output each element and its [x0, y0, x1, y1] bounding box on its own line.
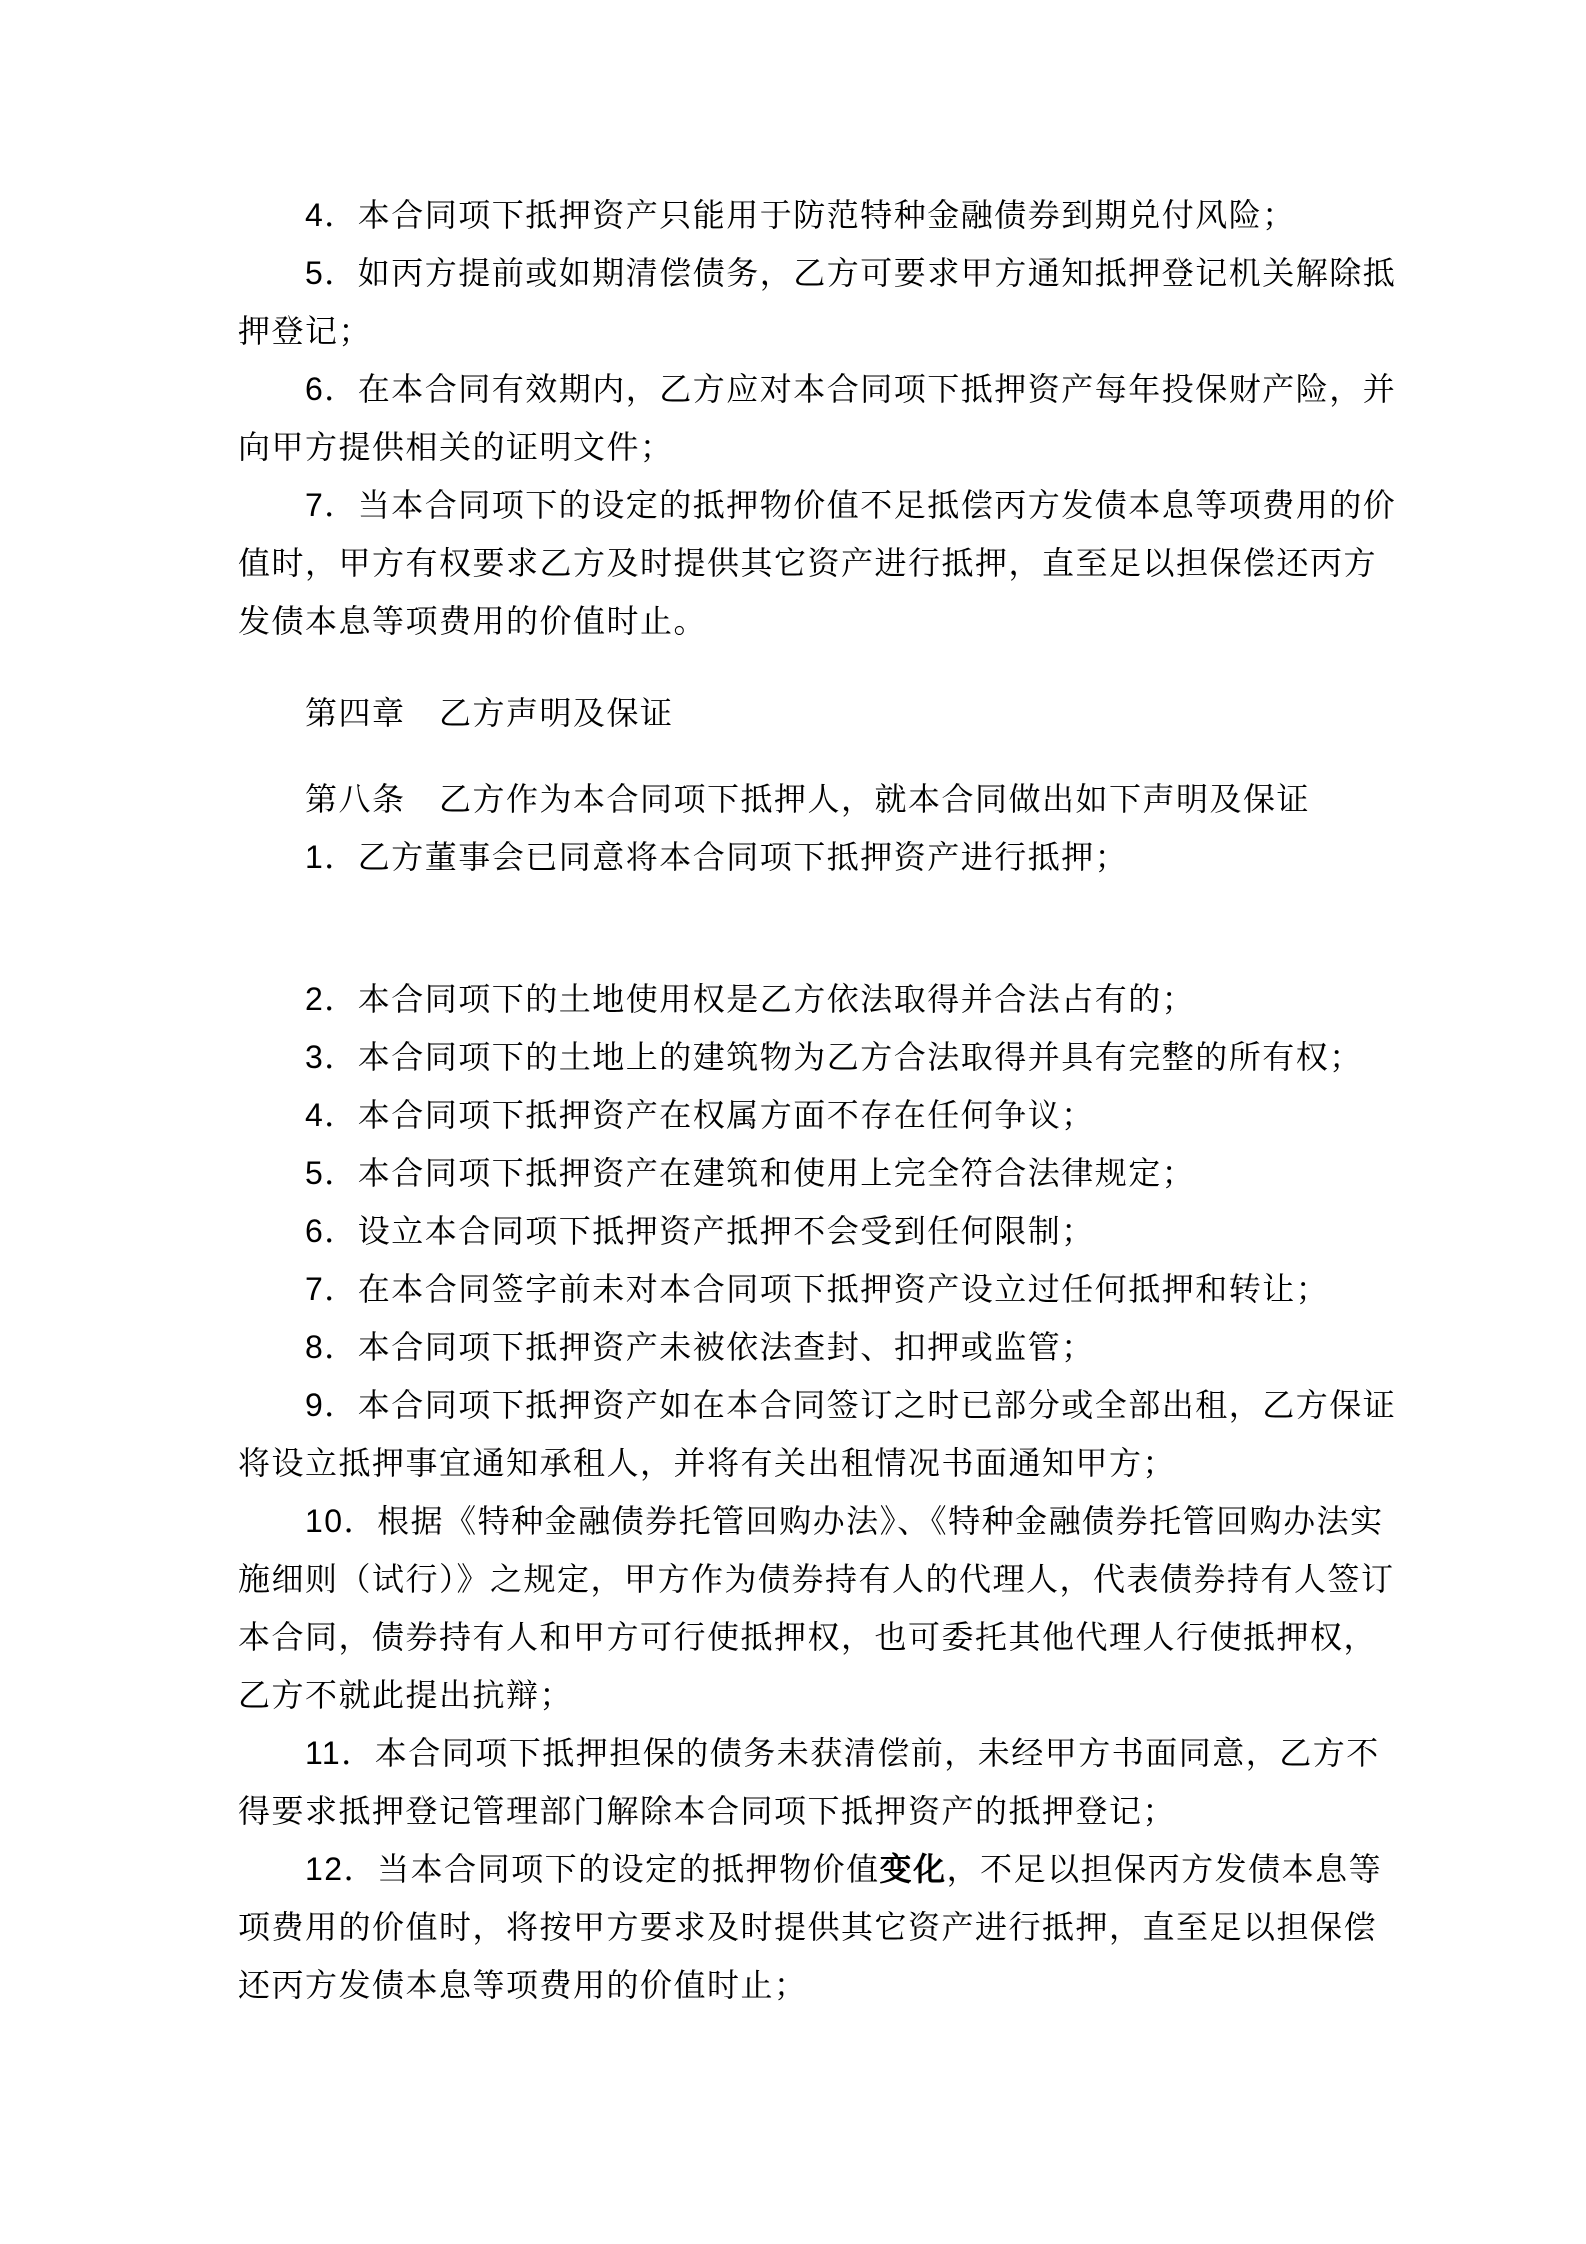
clause-paragraph: 9．本合同项下抵押资产如在本合同签订之时已部分或全部出租，乙方保证将设立抵押事宜… [238, 1376, 1408, 1492]
clause-paragraph: 6．设立本合同项下抵押资产抵押不会受到任何限制； [238, 1202, 1408, 1260]
clause-paragraph: 12．当本合同项下的设定的抵押物价值变化，不足以担保丙方发债本息等项费用的价值时… [238, 1840, 1408, 2014]
clause-paragraph: 6．在本合同有效期内，乙方应对本合同项下抵押资产每年投保财产险，并向甲方提供相关… [238, 360, 1408, 476]
article-heading: 第八条 乙方作为本合同项下抵押人，就本合同做出如下声明及保证 [238, 770, 1408, 828]
text-segment: 12．当本合同项下的设定的抵押物价值 [305, 1851, 880, 1887]
blank-line [238, 928, 1408, 970]
document-body: 4．本合同项下抵押资产只能用于防范特种金融债券到期兑付风险；5．如丙方提前或如期… [0, 0, 1586, 2014]
clause-paragraph: 4．本合同项下抵押资产只能用于防范特种金融债券到期兑付风险； [238, 186, 1408, 244]
clause-paragraph: 10．根据《特种金融债券托管回购办法》、《特种金融债券托管回购办法实施细则（试行… [238, 1492, 1408, 1724]
clause-paragraph: 7．当本合同项下的设定的抵押物价值不足抵偿丙方发债本息等项费用的价值时，甲方有权… [238, 476, 1408, 650]
clause-paragraph: 5．本合同项下抵押资产在建筑和使用上完全符合法律规定； [238, 1144, 1408, 1202]
clause-paragraph: 2．本合同项下的土地使用权是乙方依法取得并合法占有的； [238, 970, 1408, 1028]
clause-paragraph: 4．本合同项下抵押资产在权属方面不存在任何争议； [238, 1086, 1408, 1144]
clause-paragraph: 1．乙方董事会已同意将本合同项下抵押资产进行抵押； [238, 828, 1408, 886]
clause-paragraph: 5．如丙方提前或如期清偿债务，乙方可要求甲方通知抵押登记机关解除抵押登记； [238, 244, 1408, 360]
clause-paragraph: 11．本合同项下抵押担保的债务未获清偿前，未经甲方书面同意，乙方不得要求抵押登记… [238, 1724, 1408, 1840]
clause-paragraph: 3．本合同项下的土地上的建筑物为乙方合法取得并具有完整的所有权； [238, 1028, 1408, 1086]
document-page: 4．本合同项下抵押资产只能用于防范特种金融债券到期兑付风险；5．如丙方提前或如期… [0, 0, 1586, 2244]
chapter-heading: 第四章 乙方声明及保证 [238, 684, 1408, 742]
clause-paragraph: 8．本合同项下抵押资产未被依法查封、扣押或监管； [238, 1318, 1408, 1376]
clause-paragraph: 7．在本合同签字前未对本合同项下抵押资产设立过任何抵押和转让； [238, 1260, 1408, 1318]
blank-line [238, 886, 1408, 928]
bold-text: 变化 [880, 1851, 947, 1887]
